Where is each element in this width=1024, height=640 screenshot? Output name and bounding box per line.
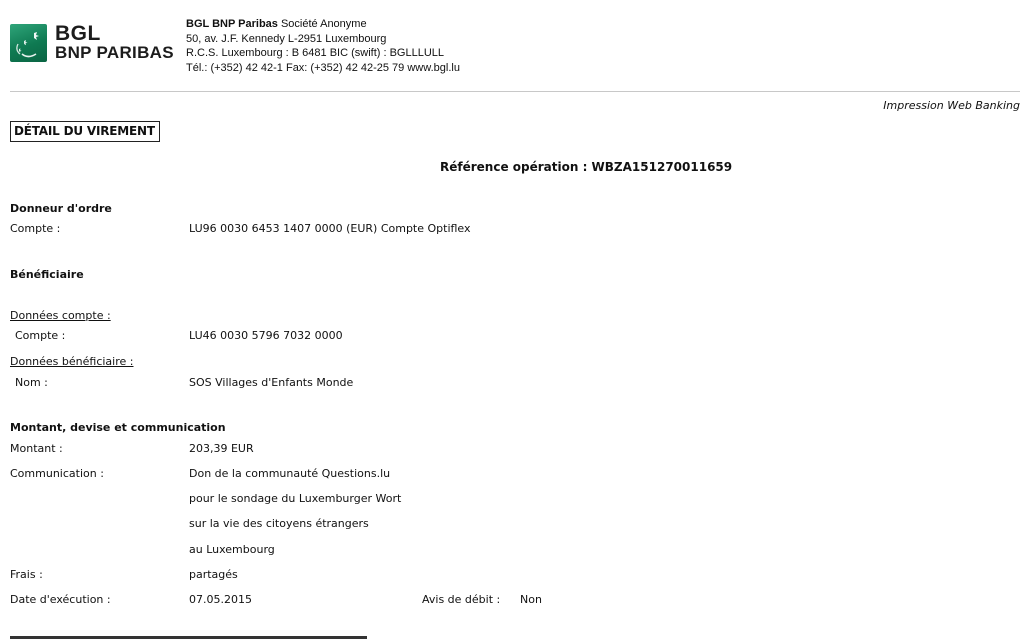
section-heading-montant: Montant, devise et communication	[10, 421, 226, 434]
company-name: BGL BNP Paribas	[186, 18, 278, 30]
contact-line: Tél.: (+352) 42 42-1 Fax: (+352) 42 42-2…	[186, 61, 460, 76]
rcs-line: R.C.S. Luxembourg : B 6481 BIC (swift) :…	[186, 46, 460, 61]
company-type: Société Anonyme	[278, 18, 367, 30]
bank-address-block: BGL BNP Paribas Société Anonyme 50, av. …	[186, 17, 460, 75]
header-divider	[10, 91, 1020, 92]
donneur-compte-label: Compte :	[10, 222, 60, 235]
avis-debit-value: Non	[520, 593, 542, 606]
print-label: Impression Web Banking	[883, 99, 1020, 112]
section-heading-donneur: Donneur d'ordre	[10, 202, 112, 215]
montant-value: 203,39 EUR	[189, 442, 254, 455]
communication-line: Don de la communauté Questions.lu	[189, 467, 390, 480]
donneur-compte-value: LU96 0030 6453 1407 0000 (EUR) Compte Op…	[189, 222, 471, 235]
brand-logo-text: BGL BNP PARIBAS	[55, 24, 174, 62]
address-line: 50, av. J.F. Kennedy L-2951 Luxembourg	[186, 32, 460, 47]
donnees-compte-label: Données compte :	[10, 309, 111, 322]
beneficiaire-nom-value: SOS Villages d'Enfants Monde	[189, 376, 353, 389]
company-line: BGL BNP Paribas Société Anonyme	[186, 17, 460, 32]
beneficiaire-compte-value: LU46 0030 5796 7032 0000	[189, 329, 343, 342]
frais-label: Frais :	[10, 568, 43, 581]
communication-line: pour le sondage du Luxemburger Wort	[189, 492, 401, 505]
communication-line: au Luxembourg	[189, 543, 275, 556]
date-execution-label: Date d'exécution :	[10, 593, 111, 606]
page-title: DÉTAIL DU VIREMENT	[10, 121, 160, 142]
operation-reference: Référence opération : WBZA151270011659	[440, 160, 732, 174]
donnees-beneficiaire-label: Données bénéficiaire :	[10, 355, 133, 368]
signature-line	[10, 636, 367, 639]
bnp-paribas-stars-logo-icon	[10, 24, 47, 62]
date-execution-value: 07.05.2015	[189, 593, 252, 606]
brand-line-2: BNP PARIBAS	[55, 43, 174, 62]
communication-label: Communication :	[10, 467, 104, 480]
communication-line: sur la vie des citoyens étrangers	[189, 517, 369, 530]
avis-debit-label: Avis de débit :	[422, 593, 500, 606]
beneficiaire-compte-label: Compte :	[15, 329, 65, 342]
montant-label: Montant :	[10, 442, 63, 455]
section-heading-beneficiaire: Bénéficiaire	[10, 268, 84, 281]
frais-value: partagés	[189, 568, 238, 581]
brand-line-1: BGL	[55, 24, 174, 43]
beneficiaire-nom-label: Nom :	[15, 376, 48, 389]
